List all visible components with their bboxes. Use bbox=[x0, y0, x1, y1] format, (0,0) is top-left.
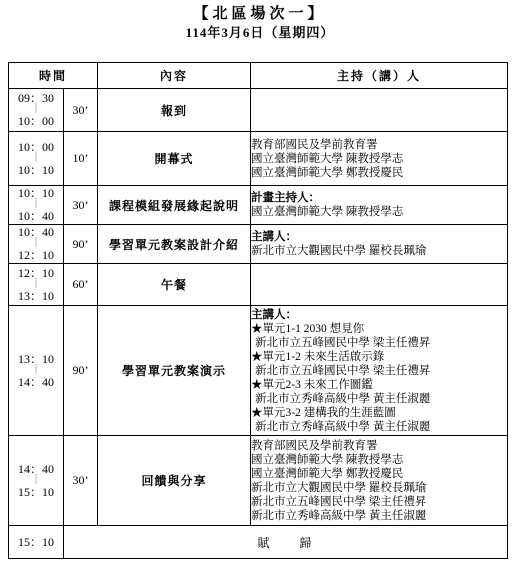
time-separator: ｜ bbox=[9, 155, 63, 163]
content-cell: 回饋與分享 bbox=[98, 436, 251, 526]
host-cell: 計畫主持人： 國立臺灣師範大學 陳教授學志 bbox=[251, 186, 508, 225]
host-cell bbox=[251, 264, 508, 306]
time-separator: ｜ bbox=[9, 201, 63, 209]
schedule-table: 時間 內容 主持（講）人 09：30 ｜ 10：00 30’ 報到 10：00 … bbox=[8, 62, 508, 559]
duration-cell: 30’ bbox=[64, 436, 98, 526]
header-content: 內容 bbox=[98, 63, 251, 89]
time-range-cell: 12：10 ｜ 13：10 bbox=[9, 264, 64, 306]
duration-cell: 90’ bbox=[64, 225, 98, 264]
host-line: 主講人： bbox=[251, 230, 507, 244]
host-line: 計畫主持人： bbox=[251, 191, 507, 205]
host-cell: 教育部國民及學前教育署 國立臺灣師範大學 陳教授學志 國立臺灣師範大學 鄭教授慶… bbox=[251, 436, 508, 526]
host-line: 教育部國民及學前教育署 bbox=[251, 439, 507, 453]
host-line: 國立臺灣師範大學 鄭教授慶民 bbox=[251, 467, 507, 481]
header-time: 時間 bbox=[9, 63, 98, 89]
host-line: 新北市立五峰國民中學 梁主任禮昇 bbox=[251, 336, 507, 350]
host-line: 主講人： bbox=[251, 308, 507, 322]
duration-cell: 30’ bbox=[64, 89, 98, 132]
content-cell: 學習單元教案演示 bbox=[98, 306, 251, 436]
schedule-row: 09：30 ｜ 10：00 30’ 報到 bbox=[9, 89, 508, 132]
host-line: 國立臺灣師範大學 鄭教授慶民 bbox=[251, 166, 507, 180]
closing-row: 15：10 賦 歸 bbox=[9, 526, 508, 559]
time-range-cell: 14：40 ｜ 15：10 bbox=[9, 436, 64, 526]
host-line: 新北市立五峰國民中學 梁主任禮昇 bbox=[251, 364, 507, 378]
duration-cell: 90’ bbox=[64, 306, 98, 436]
time-separator: ｜ bbox=[9, 240, 63, 248]
time-range-cell: 13：10 ｜ 14：40 bbox=[9, 306, 64, 436]
closing-label: 賦 歸 bbox=[64, 526, 508, 559]
schedule-row: 13：10 ｜ 14：40 90’ 學習單元教案演示 主講人： ★單元1-1 2… bbox=[9, 306, 508, 436]
content-cell: 學習單元教案設計介紹 bbox=[98, 225, 251, 264]
content-cell: 課程模組發展緣起說明 bbox=[98, 186, 251, 225]
host-line: ★單元1-1 2030 想見你 bbox=[251, 322, 507, 336]
time-separator: ｜ bbox=[9, 367, 63, 375]
time-range-cell: 10：10 ｜ 10：40 bbox=[9, 186, 64, 225]
host-cell: 主講人： ★單元1-1 2030 想見你 新北市立五峰國民中學 梁主任禮昇 ★單… bbox=[251, 306, 508, 436]
host-line: 國立臺灣師範大學 陳教授學志 bbox=[251, 453, 507, 467]
host-cell: 教育部國民及學前教育署 國立臺灣師範大學 陳教授學志 國立臺灣師範大學 鄭教授慶… bbox=[251, 132, 508, 186]
host-line: 國立臺灣師範大學 陳教授學志 bbox=[251, 205, 507, 219]
host-line: ★單元2-3 未來工作圖鑑 bbox=[251, 378, 507, 392]
event-date: 114年3月6日（星期四） bbox=[0, 24, 520, 42]
time-cell: 15：10 bbox=[9, 526, 64, 559]
host-line: 新北市立秀峰高級中學 黃主任淑麗 bbox=[251, 509, 507, 523]
host-cell bbox=[251, 89, 508, 132]
time-range-cell: 10：00 ｜ 10：10 bbox=[9, 132, 64, 186]
duration-cell: 30’ bbox=[64, 186, 98, 225]
host-line: 新北市立大觀國民中學 羅校長珮瑜 bbox=[251, 481, 507, 495]
host-line: ★單元3-2 建構我的生涯藍圖 bbox=[251, 406, 507, 420]
schedule-row: 10：10 ｜ 10：40 30’ 課程模組發展緣起說明 計畫主持人： 國立臺灣… bbox=[9, 186, 508, 225]
header-row: 時間 內容 主持（講）人 bbox=[9, 63, 508, 89]
schedule-row: 14：40 ｜ 15：10 30’ 回饋與分享 教育部國民及學前教育署 國立臺灣… bbox=[9, 436, 508, 526]
schedule-row: 10：40 ｜ 12：10 90’ 學習單元教案設計介紹 主講人： 新北市立大觀… bbox=[9, 225, 508, 264]
time-separator: ｜ bbox=[9, 477, 63, 485]
schedule-row: 12：10 ｜ 13：10 60’ 午餐 bbox=[9, 264, 508, 306]
content-cell: 午餐 bbox=[98, 264, 251, 306]
time-range-cell: 09：30 ｜ 10：00 bbox=[9, 89, 64, 132]
host-line: 新北市立秀峰高級中學 黃主任淑麗 bbox=[251, 420, 507, 434]
content-cell: 開幕式 bbox=[98, 132, 251, 186]
host-line: 新北市立秀峰高級中學 黃主任淑麗 bbox=[251, 392, 507, 406]
host-line: 國立臺灣師範大學 陳教授學志 bbox=[251, 152, 507, 166]
host-line: 新北市立五峰國民中學 梁主任禮昇 bbox=[251, 495, 507, 509]
page-title: 【北區場次一】 bbox=[0, 0, 520, 24]
header-host: 主持（講）人 bbox=[251, 63, 508, 89]
time-separator: ｜ bbox=[9, 106, 63, 114]
content-cell: 報到 bbox=[98, 89, 251, 132]
host-cell: 主講人： 新北市立大觀國民中學 羅校長珮瑜 bbox=[251, 225, 508, 264]
schedule-row: 10：00 ｜ 10：10 10’ 開幕式 教育部國民及學前教育署 國立臺灣師範… bbox=[9, 132, 508, 186]
time-separator: ｜ bbox=[9, 281, 63, 289]
duration-cell: 10’ bbox=[64, 132, 98, 186]
host-line: 教育部國民及學前教育署 bbox=[251, 138, 507, 152]
host-line: ★單元1-2 未來生活啟示錄 bbox=[251, 350, 507, 364]
time-range-cell: 10：40 ｜ 12：10 bbox=[9, 225, 64, 264]
host-line: 新北市立大觀國民中學 羅校長珮瑜 bbox=[251, 244, 507, 258]
duration-cell: 60’ bbox=[64, 264, 98, 306]
